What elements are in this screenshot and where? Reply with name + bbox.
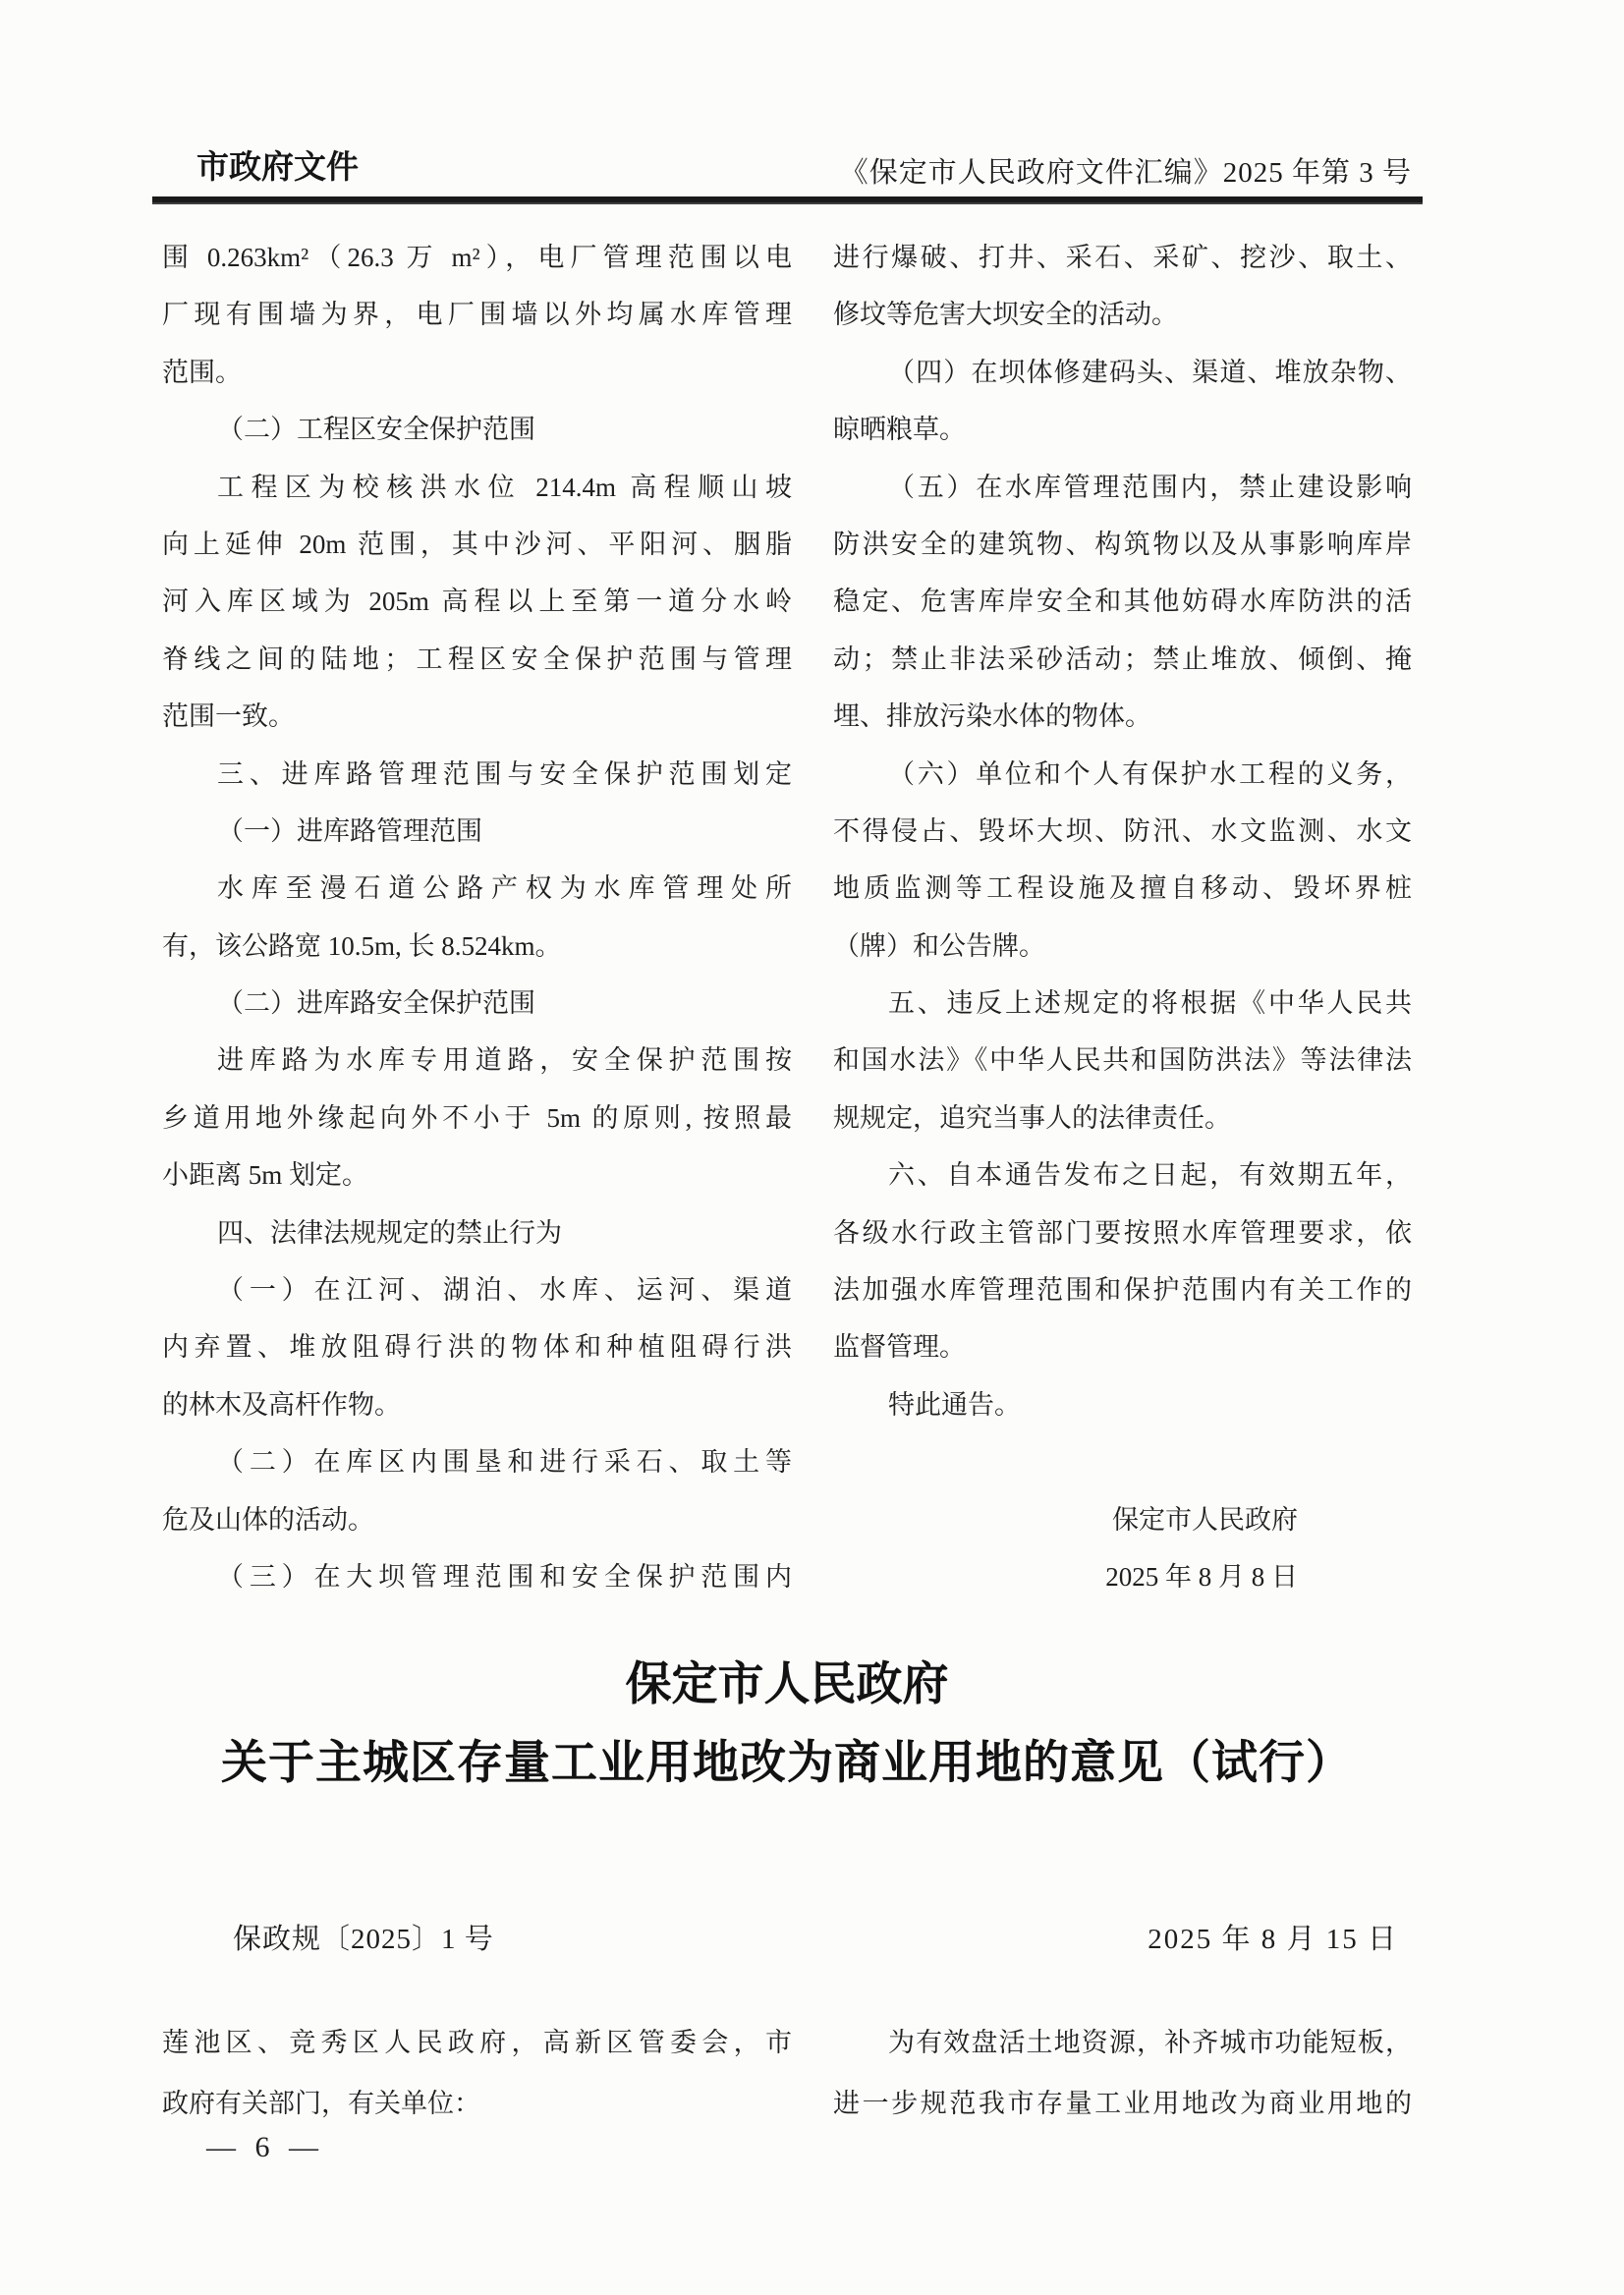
opinion-right-column: 为有效盘活土地资源，补齐城市功能短板，进一步规范我市存量工业用地改为商业用地的 <box>833 2012 1412 2134</box>
header-doc-category: 市政府文件 <box>196 145 359 189</box>
page-number: — 6 — <box>206 2130 324 2165</box>
text-line: 进行爆破、打井、采石、采矿、挖沙、取土、 <box>833 229 1412 286</box>
text-line: 为有效盘活土地资源，补齐城市功能短板， <box>833 2012 1412 2073</box>
text-line: 政府有关部门，有关单位： <box>162 2073 792 2134</box>
text-line: （一）在江河、湖泊、水库、运河、渠道 <box>162 1261 792 1318</box>
text-line: 向上延伸 20m 范围，其中沙河、平阳河、胭脂 <box>162 516 792 573</box>
notice-right-column: 进行爆破、打井、采石、采矿、挖沙、取土、修坟等危害大坝安全的活动。（四）在坝体修… <box>833 229 1412 1605</box>
text-line: 四、法律法规规定的禁止行为 <box>162 1204 792 1261</box>
text-line: 动；禁止非法采砂活动；禁止堆放、倾倒、掩 <box>833 631 1412 688</box>
signature-line: 保定市人民政府 <box>833 1491 1412 1548</box>
document-title: 关于主城区存量工业用地改为商业用地的意见（试行） <box>162 1725 1412 1800</box>
text-line: 监督管理。 <box>833 1318 1412 1375</box>
text-line: 厂现有围墙为界，电厂围墙以外均属水库管理 <box>162 286 792 343</box>
text-line: 地质监测等工程设施及擅自移动、毁坏界桩 <box>833 860 1412 917</box>
text-line: 修坟等危害大坝安全的活动。 <box>833 286 1412 343</box>
opinion-body: 莲池区、竞秀区人民政府，高新区管委会，市政府有关部门，有关单位： 为有效盘活土地… <box>162 2012 1412 2134</box>
text-line: 河入库区域为 205m 高程以上至第一道分水岭 <box>162 573 792 630</box>
text-line: （四）在坝体修建码头、渠道、堆放杂物、 <box>833 344 1412 401</box>
text-line: 内弃置、堆放阻碍行洪的物体和种植阻碍行洪 <box>162 1318 792 1375</box>
text-line: 乡道用地外缘起向外不小于 5m 的原则, 按照最 <box>162 1090 792 1147</box>
text-line: 三、进库路管理范围与安全保护范围划定 <box>162 746 792 803</box>
text-line: 进一步规范我市存量工业用地改为商业用地的 <box>833 2073 1412 2134</box>
document-number-row: 保政规〔2025〕1 号 2025 年 8 月 15 日 <box>162 1916 1412 1963</box>
text-line: 稳定、危害库岸安全和其他妨碍水库防洪的活 <box>833 573 1412 630</box>
text-line: （三）在大坝管理范围和安全保护范围内 <box>162 1548 792 1605</box>
text-line: 埋、排放污染水体的物体。 <box>833 688 1412 745</box>
document-date: 2025 年 8 月 15 日 <box>1148 1916 1398 1963</box>
text-line: 工程区为校核洪水位 214.4m 高程顺山坡 <box>162 459 792 516</box>
text-line: 不得侵占、毁坏大坝、防汛、水文监测、水文 <box>833 803 1412 860</box>
text-line: （一）进库路管理范围 <box>162 803 792 860</box>
text-line: 五、违反上述规定的将根据《中华人民共 <box>833 975 1412 1032</box>
text-line: 和国水法》《中华人民共和国防洪法》等法律法 <box>833 1032 1412 1089</box>
notice-body: 围 0.263km²（26.3 万 m²），电厂管理范围以电厂现有围墙为界，电厂… <box>162 229 1412 1605</box>
text-line: 晾晒粮草。 <box>833 401 1412 458</box>
text-line: 防洪安全的建筑物、构筑物以及从事影响库岸 <box>833 516 1412 573</box>
text-line: 各级水行政主管部门要按照水库管理要求，依 <box>833 1204 1412 1261</box>
opinion-left-column: 莲池区、竞秀区人民政府，高新区管委会，市政府有关部门，有关单位： <box>162 2012 792 2134</box>
text-line: 小距离 5m 划定。 <box>162 1147 792 1203</box>
text-line: 六、自本通告发布之日起，有效期五年， <box>833 1147 1412 1203</box>
signature-line: 2025 年 8 月 8 日 <box>833 1548 1412 1605</box>
text-line: （二）在库区内围垦和进行采石、取土等 <box>162 1433 792 1490</box>
document-number: 保政规〔2025〕1 号 <box>233 1916 494 1963</box>
text-line: 范围。 <box>162 344 792 401</box>
header-compilation-title: 《保定市人民政府文件汇编》2025 年第 3 号 <box>840 153 1412 193</box>
text-line: 的林木及高杆作物。 <box>162 1376 792 1433</box>
text-line: 规规定，追究当事人的法律责任。 <box>833 1090 1412 1147</box>
text-line: （二）进库路安全保护范围 <box>162 975 792 1032</box>
text-line: 脊线之间的陆地；工程区安全保护范围与管理 <box>162 631 792 688</box>
text-line: 莲池区、竞秀区人民政府，高新区管委会，市 <box>162 2012 792 2073</box>
document-page: 市政府文件 《保定市人民政府文件汇编》2025 年第 3 号 围 0.263km… <box>0 0 1624 2295</box>
issuing-authority-title: 保定市人民政府 <box>162 1647 1412 1721</box>
text-line: （二）工程区安全保护范围 <box>162 401 792 458</box>
text-line: 围 0.263km²（26.3 万 m²），电厂管理范围以电 <box>162 229 792 286</box>
text-line: 法加强水库管理范围和保护范围内有关工作的 <box>833 1261 1412 1318</box>
notice-left-column: 围 0.263km²（26.3 万 m²），电厂管理范围以电厂现有围墙为界，电厂… <box>162 229 792 1605</box>
text-line: 特此通告。 <box>833 1376 1412 1433</box>
text-line: 危及山体的活动。 <box>162 1491 792 1548</box>
text-line: 水库至漫石道公路产权为水库管理处所 <box>162 860 792 917</box>
text-line: 范围一致。 <box>162 688 792 745</box>
text-line: （牌）和公告牌。 <box>833 918 1412 975</box>
text-line: 进库路为水库专用道路，安全保护范围按 <box>162 1032 792 1089</box>
text-line: 有，该公路宽 10.5m, 长 8.524km。 <box>162 918 792 975</box>
text-line: （五）在水库管理范围内，禁止建设影响 <box>833 459 1412 516</box>
text-line: （六）单位和个人有保护水工程的义务， <box>833 746 1412 803</box>
header-divider-rule <box>152 196 1423 204</box>
